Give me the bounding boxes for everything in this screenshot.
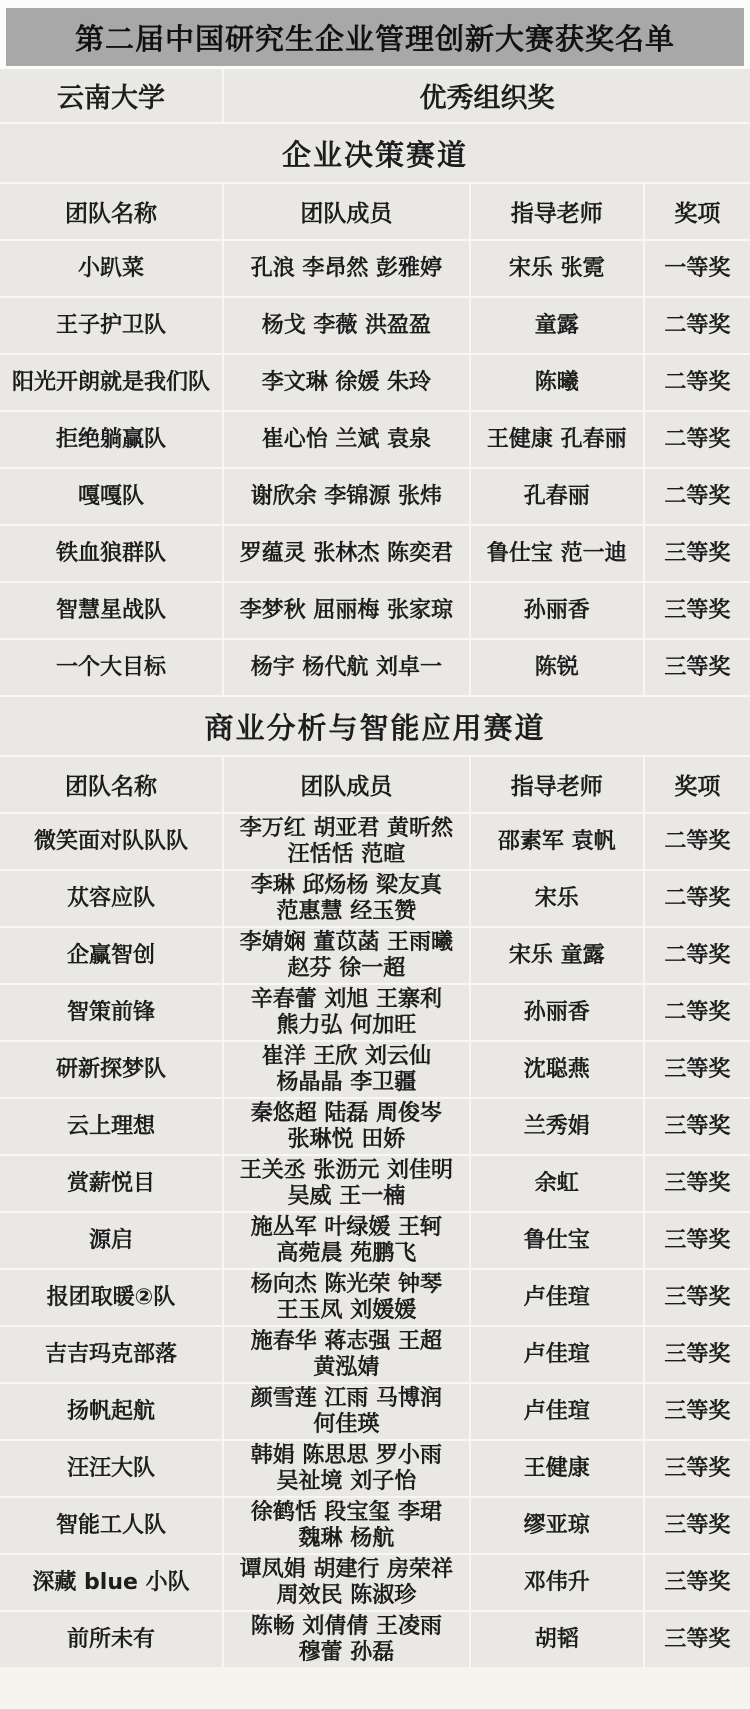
member-line: 张琳悦 田娇	[288, 1127, 406, 1153]
team-name-cell: 铁血狼群队	[0, 526, 222, 581]
teacher-cell: 童露	[469, 298, 643, 353]
award-cell: 一等奖	[643, 241, 750, 296]
team-name-cell: 前所未有	[0, 1612, 222, 1667]
team-members-cell: 孔浪 李昂然 彭雅婷	[222, 241, 469, 296]
award-list-page: 第二届中国研究生企业管理创新大赛获奖名单 云南大学 优秀组织奖 企业决策赛道团队…	[0, 0, 750, 1709]
team-members-cell: 施丛军 叶绿媛 王轲高菀晨 苑鹏飞	[222, 1213, 469, 1268]
table-row: 报团取暖②队杨向杰 陈光荣 钟琴王玉凤 刘媛媛卢佳瑄三等奖	[0, 1268, 750, 1325]
member-line: 施丛军 叶绿媛 王轲	[251, 1215, 442, 1241]
member-line: 赵芬 徐一超	[288, 956, 406, 982]
member-line: 李万红 胡亚君 黄昕然	[240, 816, 453, 842]
award-cell: 二等奖	[643, 469, 750, 524]
team-members-cell: 谭凤娟 胡建行 房荣祥周效民 陈淑珍	[222, 1555, 469, 1610]
member-line: 杨晶晶 李卫疆	[277, 1070, 417, 1096]
table-row: 源启施丛军 叶绿媛 王轲高菀晨 苑鹏飞鲁仕宝三等奖	[0, 1211, 750, 1268]
table-row: 嘎嘎队谢欣余 李锦源 张炜孔春丽二等奖	[0, 467, 750, 524]
member-line: 熊力弘 何加旺	[277, 1013, 417, 1039]
team-members-cell: 施春华 蒋志强 王超黄泓婧	[222, 1327, 469, 1382]
section-title: 企业决策赛道	[0, 124, 750, 182]
member-line: 范惠慧 经玉赞	[277, 899, 417, 925]
award-cell: 三等奖	[643, 1441, 750, 1496]
column-header-row: 团队名称团队成员指导老师奖项	[0, 755, 750, 812]
member-line: 颜雪莲 江雨 马博润	[251, 1386, 442, 1412]
team-name-cell: 吉吉玛克部落	[0, 1327, 222, 1382]
member-line: 吴祉境 刘子怡	[277, 1469, 417, 1495]
table-row: 铁血狼群队罗蕴灵 张林杰 陈奕君鲁仕宝 范一迪三等奖	[0, 524, 750, 581]
team-members-cell: 谢欣余 李锦源 张炜	[222, 469, 469, 524]
member-line: 高菀晨 苑鹏飞	[277, 1241, 417, 1267]
member-line: 谢欣余 李锦源 张炜	[251, 484, 442, 510]
award-table: 云南大学 优秀组织奖 企业决策赛道团队名称团队成员指导老师奖项小趴菜孔浪 李昂然…	[0, 69, 750, 1667]
team-members-cell: 辛春蕾 刘旭 王寨利熊力弘 何加旺	[222, 985, 469, 1040]
teacher-cell: 鲁仕宝	[469, 1213, 643, 1268]
teacher-cell: 陈曦	[469, 355, 643, 410]
team-name-cell: 智能工人队	[0, 1498, 222, 1553]
table-row: 苁容应队李琳 邱炀杨 梁友真范惠慧 经玉赞宋乐二等奖	[0, 869, 750, 926]
teacher-cell: 宋乐 童露	[469, 928, 643, 983]
award-cell: 二等奖	[643, 814, 750, 869]
team-members-cell: 崔心怡 兰斌 袁泉	[222, 412, 469, 467]
award-cell: 三等奖	[643, 1042, 750, 1097]
table-row: 企赢智创李婧娴 董苡菡 王雨曦赵芬 徐一超宋乐 童露二等奖	[0, 926, 750, 983]
table-row: 智策前锋辛春蕾 刘旭 王寨利熊力弘 何加旺孙丽香二等奖	[0, 983, 750, 1040]
teacher-cell: 兰秀娟	[469, 1099, 643, 1154]
team-name-cell: 源启	[0, 1213, 222, 1268]
member-line: 孔浪 李昂然 彭雅婷	[251, 256, 442, 282]
member-line: 陈畅 刘倩倩 王凌雨	[251, 1614, 442, 1640]
member-line: 李琳 邱炀杨 梁友真	[251, 873, 442, 899]
teacher-cell: 沈聪燕	[469, 1042, 643, 1097]
table-row: 深藏 blue 小队谭凤娟 胡建行 房荣祥周效民 陈淑珍邓伟升三等奖	[0, 1553, 750, 1610]
team-members-cell: 陈畅 刘倩倩 王凌雨穆蕾 孙磊	[222, 1612, 469, 1667]
team-name-cell: 汪汪大队	[0, 1441, 222, 1496]
team-name-cell: 小趴菜	[0, 241, 222, 296]
team-name-cell: 拒绝躺赢队	[0, 412, 222, 467]
table-row: 云上理想秦悠超 陆磊 周俊岑张琳悦 田娇兰秀娟三等奖	[0, 1097, 750, 1154]
member-line: 谭凤娟 胡建行 房荣祥	[240, 1557, 453, 1583]
organization-award-row: 云南大学 优秀组织奖	[0, 69, 750, 122]
award-cell: 三等奖	[643, 1327, 750, 1382]
section-title-row: 企业决策赛道	[0, 122, 750, 182]
team-name-cell: 智慧星战队	[0, 583, 222, 638]
award-cell: 三等奖	[643, 640, 750, 695]
member-line: 秦悠超 陆磊 周俊岑	[251, 1101, 442, 1127]
member-line: 王玉凤 刘媛媛	[277, 1298, 417, 1324]
member-line: 辛春蕾 刘旭 王寨利	[251, 987, 442, 1013]
member-line: 周效民 陈淑珍	[277, 1583, 417, 1609]
teacher-cell: 邓伟升	[469, 1555, 643, 1610]
member-line: 杨戈 李薇 洪盈盈	[262, 313, 431, 339]
table-row: 智慧星战队李梦秋 屈丽梅 张家琼孙丽香三等奖	[0, 581, 750, 638]
teacher-cell: 卢佳瑄	[469, 1384, 643, 1439]
teacher-cell: 缪亚琼	[469, 1498, 643, 1553]
team-name-cell: 智策前锋	[0, 985, 222, 1040]
member-line: 李梦秋 屈丽梅 张家琼	[240, 598, 453, 624]
team-members-cell: 崔洋 王欣 刘云仙杨晶晶 李卫疆	[222, 1042, 469, 1097]
table-row: 前所未有陈畅 刘倩倩 王凌雨穆蕾 孙磊胡韬三等奖	[0, 1610, 750, 1667]
university-cell: 云南大学	[0, 69, 222, 122]
team-members-cell: 杨宇 杨代航 刘卓一	[222, 640, 469, 695]
team-members-cell: 王关丞 张沥元 刘佳明吴威 王一楠	[222, 1156, 469, 1211]
teacher-cell: 孔春丽	[469, 469, 643, 524]
team-name-cell: 云上理想	[0, 1099, 222, 1154]
team-members-cell: 李万红 胡亚君 黄昕然汪恬恬 范暄	[222, 814, 469, 869]
award-cell: 三等奖	[643, 526, 750, 581]
award-cell: 三等奖	[643, 1498, 750, 1553]
column-header-3: 奖项	[643, 184, 750, 239]
teacher-cell: 胡韬	[469, 1612, 643, 1667]
award-cell: 二等奖	[643, 985, 750, 1040]
award-cell: 二等奖	[643, 412, 750, 467]
section-title-row: 商业分析与智能应用赛道	[0, 695, 750, 755]
teacher-cell: 王健康 孔春丽	[469, 412, 643, 467]
team-members-cell: 颜雪莲 江雨 马博润何佳瑛	[222, 1384, 469, 1439]
section-title: 商业分析与智能应用赛道	[0, 697, 750, 755]
member-line: 穆蕾 孙磊	[299, 1640, 395, 1666]
column-header-1: 团队成员	[222, 757, 469, 812]
teacher-cell: 卢佳瑄	[469, 1327, 643, 1382]
teacher-cell: 孙丽香	[469, 583, 643, 638]
team-members-cell: 李婧娴 董苡菡 王雨曦赵芬 徐一超	[222, 928, 469, 983]
org-award-cell: 优秀组织奖	[222, 69, 750, 122]
team-name-cell: 王子护卫队	[0, 298, 222, 353]
team-members-cell: 徐鹤恬 段宝玺 李珺魏琳 杨航	[222, 1498, 469, 1553]
member-line: 崔心怡 兰斌 袁泉	[262, 427, 431, 453]
column-header-1: 团队成员	[222, 184, 469, 239]
team-members-cell: 韩娟 陈思思 罗小雨吴祉境 刘子怡	[222, 1441, 469, 1496]
table-row: 研新探梦队崔洋 王欣 刘云仙杨晶晶 李卫疆沈聪燕三等奖	[0, 1040, 750, 1097]
member-line: 魏琳 杨航	[299, 1526, 395, 1552]
team-members-cell: 杨戈 李薇 洪盈盈	[222, 298, 469, 353]
team-members-cell: 李琳 邱炀杨 梁友真范惠慧 经玉赞	[222, 871, 469, 926]
table-row: 智能工人队徐鹤恬 段宝玺 李珺魏琳 杨航缪亚琼三等奖	[0, 1496, 750, 1553]
award-cell: 三等奖	[643, 1099, 750, 1154]
member-line: 李婧娴 董苡菡 王雨曦	[240, 930, 453, 956]
table-row: 王子护卫队杨戈 李薇 洪盈盈童露二等奖	[0, 296, 750, 353]
column-header-2: 指导老师	[469, 184, 643, 239]
teacher-cell: 王健康	[469, 1441, 643, 1496]
team-name-cell: 研新探梦队	[0, 1042, 222, 1097]
award-cell: 二等奖	[643, 355, 750, 410]
teacher-cell: 余虹	[469, 1156, 643, 1211]
team-name-cell: 企赢智创	[0, 928, 222, 983]
team-name-cell: 嘎嘎队	[0, 469, 222, 524]
award-cell: 二等奖	[643, 871, 750, 926]
table-row: 微笑面对队队队李万红 胡亚君 黄昕然汪恬恬 范暄邵素军 袁帆二等奖	[0, 812, 750, 869]
competition-title: 第二届中国研究生企业管理创新大赛获奖名单	[75, 17, 675, 58]
team-name-cell: 赏薪悦目	[0, 1156, 222, 1211]
member-line: 施春华 蒋志强 王超	[251, 1329, 442, 1355]
column-header-0: 团队名称	[0, 184, 222, 239]
member-line: 杨向杰 陈光荣 钟琴	[251, 1272, 442, 1298]
teacher-cell: 孙丽香	[469, 985, 643, 1040]
team-members-cell: 罗蕴灵 张林杰 陈奕君	[222, 526, 469, 581]
column-header-3: 奖项	[643, 757, 750, 812]
table-row: 赏薪悦目王关丞 张沥元 刘佳明吴威 王一楠余虹三等奖	[0, 1154, 750, 1211]
member-line: 何佳瑛	[313, 1412, 379, 1438]
member-line: 汪恬恬 范暄	[288, 842, 406, 868]
member-line: 王关丞 张沥元 刘佳明	[240, 1158, 453, 1184]
column-header-row: 团队名称团队成员指导老师奖项	[0, 182, 750, 239]
team-name-cell: 扬帆起航	[0, 1384, 222, 1439]
team-members-cell: 李文琳 徐媛 朱玲	[222, 355, 469, 410]
column-header-0: 团队名称	[0, 757, 222, 812]
team-name-cell: 苁容应队	[0, 871, 222, 926]
table-row: 扬帆起航颜雪莲 江雨 马博润何佳瑛卢佳瑄三等奖	[0, 1382, 750, 1439]
team-name-cell: 微笑面对队队队	[0, 814, 222, 869]
team-name-cell: 阳光开朗就是我们队	[0, 355, 222, 410]
team-name-cell: 深藏 blue 小队	[0, 1555, 222, 1610]
member-line: 罗蕴灵 张林杰 陈奕君	[240, 541, 453, 567]
table-row: 一个大目标杨宇 杨代航 刘卓一陈锐三等奖	[0, 638, 750, 695]
team-members-cell: 秦悠超 陆磊 周俊岑张琳悦 田娇	[222, 1099, 469, 1154]
award-cell: 三等奖	[643, 1555, 750, 1610]
team-members-cell: 杨向杰 陈光荣 钟琴王玉凤 刘媛媛	[222, 1270, 469, 1325]
award-cell: 三等奖	[643, 583, 750, 638]
member-line: 韩娟 陈思思 罗小雨	[251, 1443, 442, 1469]
award-cell: 三等奖	[643, 1156, 750, 1211]
award-cell: 二等奖	[643, 298, 750, 353]
teacher-cell: 卢佳瑄	[469, 1270, 643, 1325]
team-name-cell: 一个大目标	[0, 640, 222, 695]
award-cell: 三等奖	[643, 1384, 750, 1439]
team-name-cell: 报团取暖②队	[0, 1270, 222, 1325]
table-row: 阳光开朗就是我们队李文琳 徐媛 朱玲陈曦二等奖	[0, 353, 750, 410]
table-row: 吉吉玛克部落施春华 蒋志强 王超黄泓婧卢佳瑄三等奖	[0, 1325, 750, 1382]
teacher-cell: 鲁仕宝 范一迪	[469, 526, 643, 581]
member-line: 徐鹤恬 段宝玺 李珺	[251, 1500, 442, 1526]
teacher-cell: 邵素军 袁帆	[469, 814, 643, 869]
column-header-2: 指导老师	[469, 757, 643, 812]
award-cell: 二等奖	[643, 928, 750, 983]
teacher-cell: 宋乐 张霓	[469, 241, 643, 296]
member-line: 吴威 王一楠	[288, 1184, 406, 1210]
bottom-margin	[0, 1667, 750, 1709]
competition-title-banner: 第二届中国研究生企业管理创新大赛获奖名单	[6, 8, 744, 66]
table-sections: 企业决策赛道团队名称团队成员指导老师奖项小趴菜孔浪 李昂然 彭雅婷宋乐 张霓一等…	[0, 122, 750, 1667]
award-cell: 三等奖	[643, 1213, 750, 1268]
member-line: 杨宇 杨代航 刘卓一	[251, 655, 442, 681]
award-cell: 三等奖	[643, 1612, 750, 1667]
member-line: 崔洋 王欣 刘云仙	[262, 1044, 431, 1070]
member-line: 李文琳 徐媛 朱玲	[262, 370, 431, 396]
team-members-cell: 李梦秋 屈丽梅 张家琼	[222, 583, 469, 638]
teacher-cell: 宋乐	[469, 871, 643, 926]
table-row: 汪汪大队韩娟 陈思思 罗小雨吴祉境 刘子怡王健康三等奖	[0, 1439, 750, 1496]
table-row: 小趴菜孔浪 李昂然 彭雅婷宋乐 张霓一等奖	[0, 239, 750, 296]
award-cell: 三等奖	[643, 1270, 750, 1325]
table-row: 拒绝躺赢队崔心怡 兰斌 袁泉王健康 孔春丽二等奖	[0, 410, 750, 467]
teacher-cell: 陈锐	[469, 640, 643, 695]
member-line: 黄泓婧	[313, 1355, 379, 1381]
